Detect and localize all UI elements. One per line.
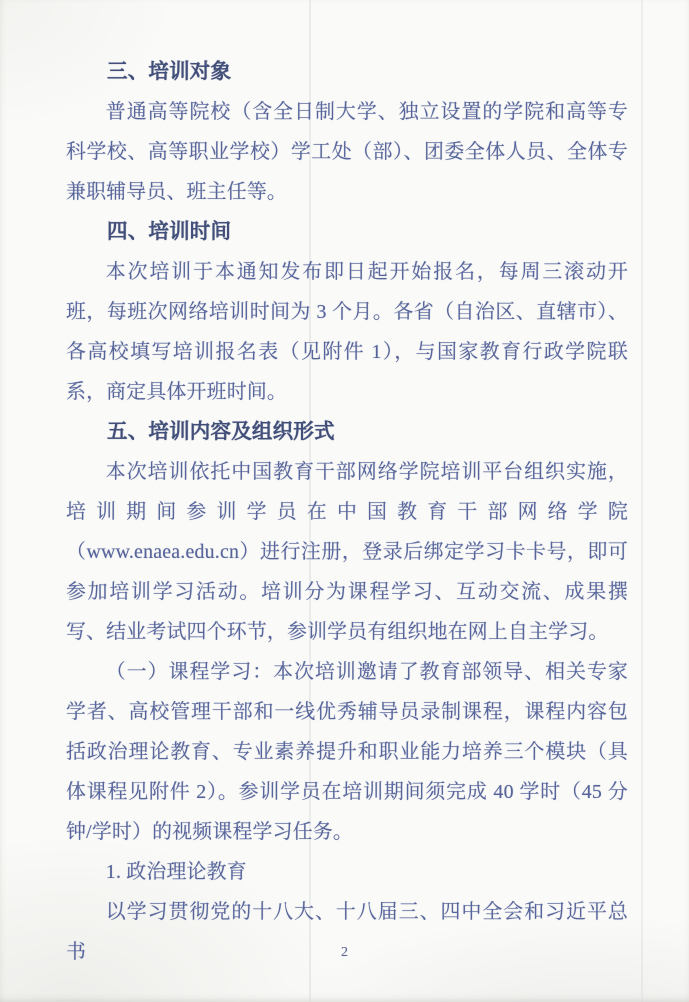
section-heading-training-content: 五、培训内容及组织形式 xyxy=(66,412,628,452)
paragraph-training-platform: 本次培训依托中国教育干部网络学院培训平台组织实施，培训期间参训学员在中国教育干部… xyxy=(66,452,628,652)
subsection-heading-political-theory: 1. 政治理论教育 xyxy=(66,852,628,892)
section-heading-training-targets: 三、培训对象 xyxy=(66,52,628,92)
scan-crease-right xyxy=(641,0,643,1002)
section-heading-training-time: 四、培训时间 xyxy=(66,212,628,252)
paragraph-training-time: 本次培训于本通知发布即日起开始报名，每周三滚动开班，每班次网络培训时间为 3 个… xyxy=(66,252,628,412)
scanned-document-page: 三、培训对象 普通高等院校（含全日制大学、独立设置的学院和高等专科学校、高等职业… xyxy=(0,0,689,1002)
document-body: 三、培训对象 普通高等院校（含全日制大学、独立设置的学院和高等专科学校、高等职业… xyxy=(66,52,628,972)
paragraph-course-learning: （一）课程学习：本次培训邀请了教育部领导、相关专家学者、高校管理干部和一线优秀辅… xyxy=(66,652,628,852)
paragraph-training-targets: 普通高等院校（含全日制大学、独立设置的学院和高等专科学校、高等职业学校）学工处（… xyxy=(66,92,628,212)
page-number: 2 xyxy=(0,943,689,963)
